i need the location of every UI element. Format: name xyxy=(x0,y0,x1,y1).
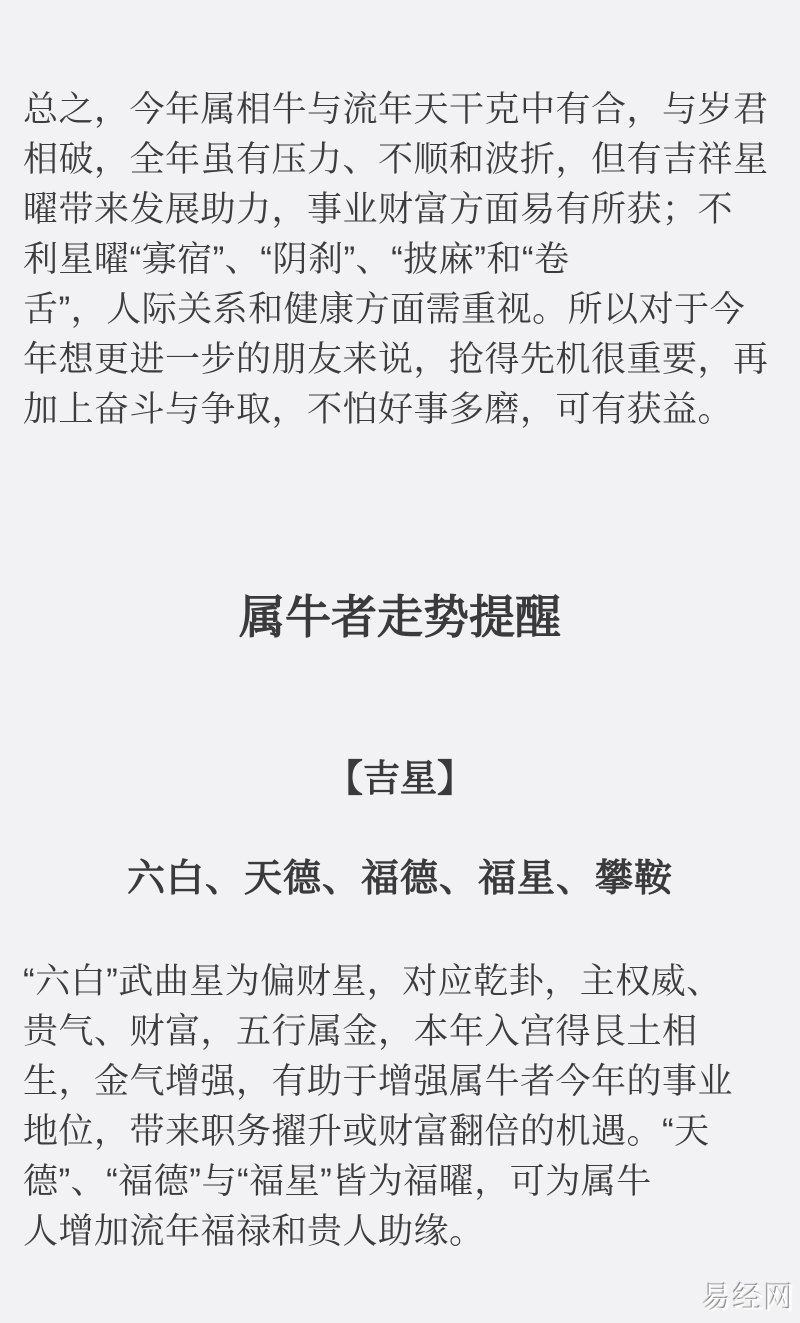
article-page: 总之，今年属相牛与流年天干克中有合，与岁君相破，全年虽有压力、不顺和波折，但有吉… xyxy=(0,0,800,1323)
site-watermark: 易经网 xyxy=(702,1284,795,1314)
summary-paragraph: 总之，今年属相牛与流年天干克中有合，与岁君相破，全年虽有压力、不顺和波折，但有吉… xyxy=(23,85,777,435)
section-heading: 属牛者走势提醒 xyxy=(0,592,800,642)
lucky-stars-heading: 【吉星】 xyxy=(0,758,800,800)
lucky-stars-list: 六白、天德、福德、福星、攀鞍 xyxy=(0,858,800,900)
six-white-paragraph: “六白”武曲星为偏财星，对应乾卦，主权威、贵气、财富，五行属金，本年入宫得艮土相… xyxy=(23,957,777,1257)
